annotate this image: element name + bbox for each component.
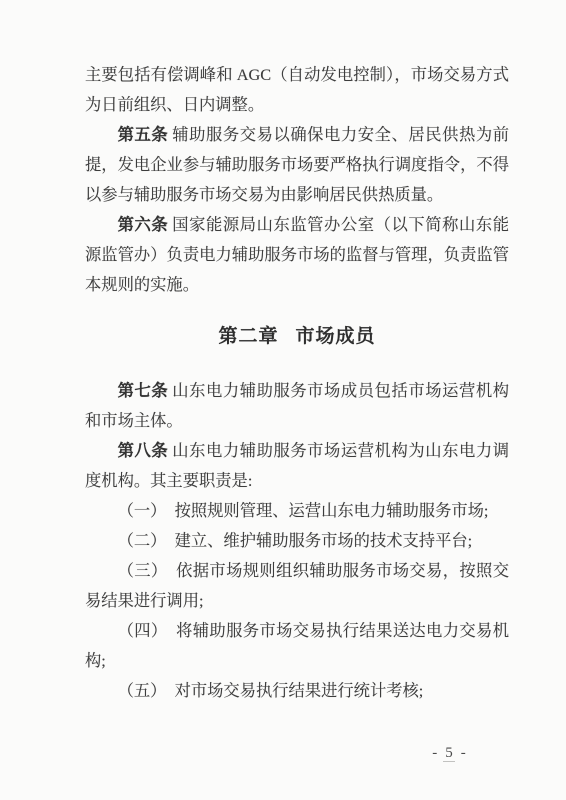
- duty-item-2: （二） 建立、维护辅助服务市场的技术支持平台;: [85, 526, 509, 556]
- article-8-paragraph: 第八条山东电力辅助服务市场运营机构为山东电力调度机构。其主要职责是:: [85, 436, 509, 496]
- article-8-lead: 第八条: [118, 441, 169, 460]
- page-number-dash-left: -: [432, 745, 437, 761]
- article-6-lead: 第六条: [118, 215, 169, 234]
- page-number-dash-right: -: [461, 745, 466, 761]
- article-5-paragraph: 第五条辅助服务交易以确保电力安全、居民供热为前提，发电企业参与辅助服务市场要严格…: [85, 120, 509, 210]
- page-number-value: 5: [443, 745, 455, 762]
- page-number: -5-: [419, 742, 479, 764]
- scanned-document-page: 主要包括有偿调峰和 AGC（自动发电控制），市场交易方式为日前组织、日内调整。 …: [0, 0, 566, 800]
- document-body: 主要包括有偿调峰和 AGC（自动发电控制），市场交易方式为日前组织、日内调整。 …: [85, 60, 509, 706]
- chapter-title: 市场成员: [296, 326, 376, 347]
- article-7-lead: 第七条: [118, 381, 169, 400]
- article-5-lead: 第五条: [118, 125, 169, 144]
- duty-item-3: （三） 依据市场规则组织辅助服务市场交易，按照交易结果进行调用;: [85, 556, 509, 616]
- intro-text: 主要包括有偿调峰和 AGC（自动发电控制），市场交易方式为日前组织、日内调整。: [85, 65, 509, 114]
- article-6-paragraph: 第六条国家能源局山东监管办公室（以下简称山东能源监管办）负责电力辅助服务市场的监…: [85, 210, 509, 300]
- duty-item-5: （五） 对市场交易执行结果进行统计考核;: [85, 676, 509, 706]
- chapter-number: 第二章: [218, 326, 278, 347]
- article-7-paragraph: 第七条山东电力辅助服务市场成员包括市场运营机构和市场主体。: [85, 376, 509, 436]
- duty-item-1: （一） 按照规则管理、运营山东电力辅助服务市场;: [85, 496, 509, 526]
- intro-paragraph: 主要包括有偿调峰和 AGC（自动发电控制），市场交易方式为日前组织、日内调整。: [85, 60, 509, 120]
- chapter-heading: 第二章市场成员: [85, 322, 509, 352]
- duty-item-4: （四） 将辅助服务市场交易执行结果送达电力交易机构;: [85, 616, 509, 676]
